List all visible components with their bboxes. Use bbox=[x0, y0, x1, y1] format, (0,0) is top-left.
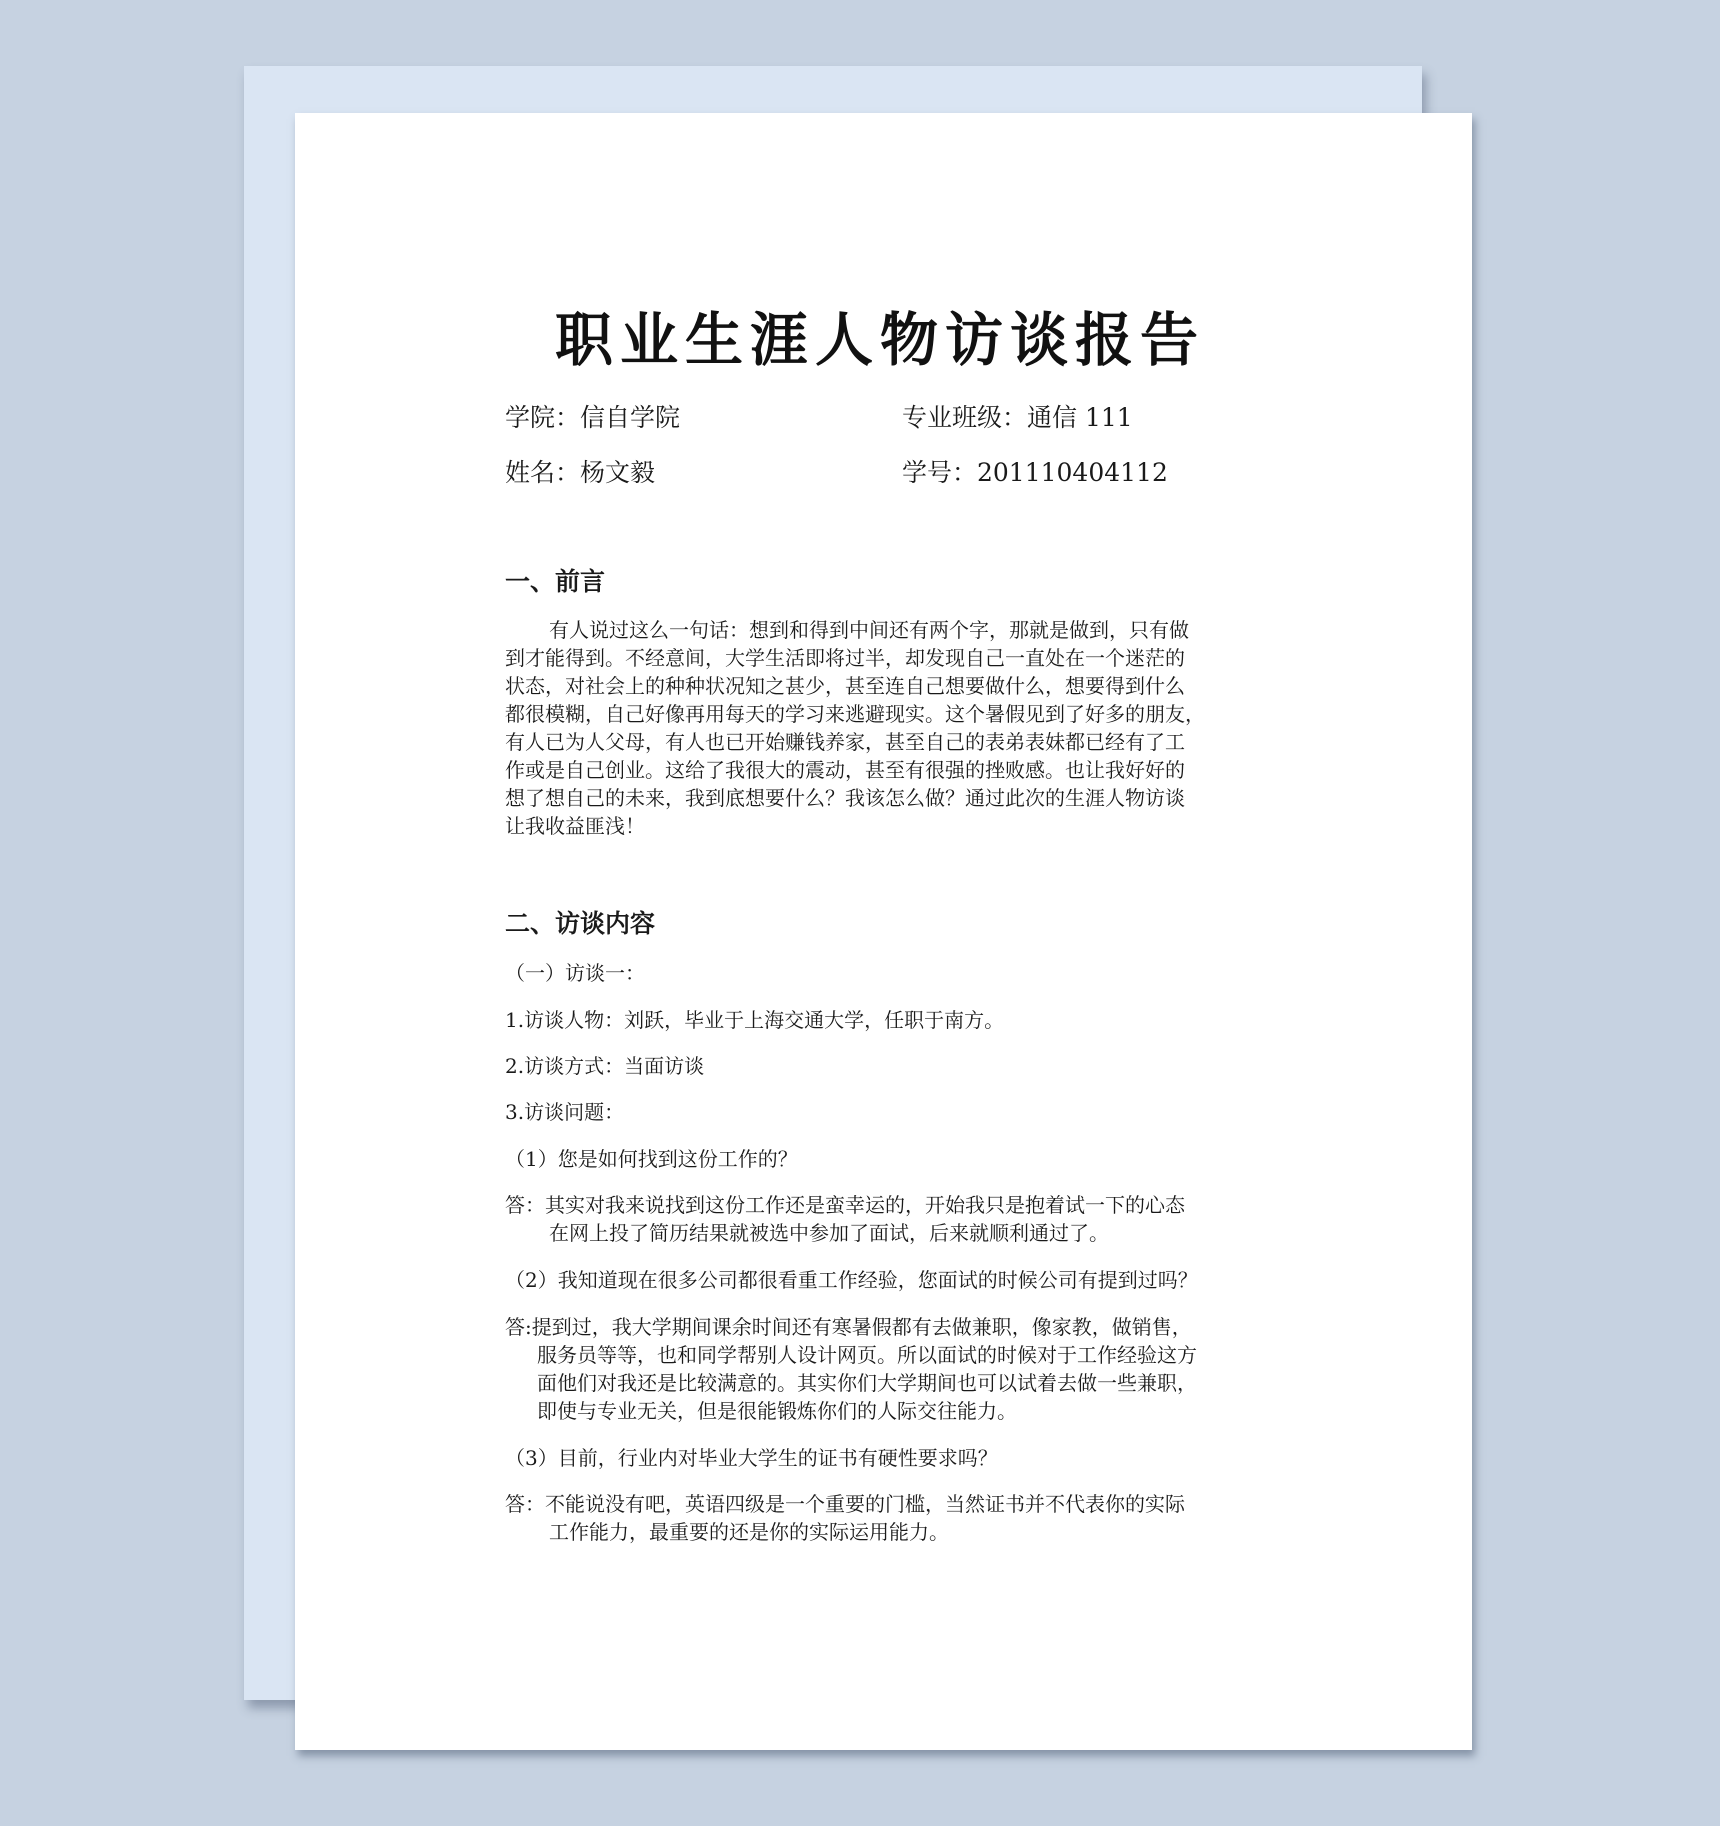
question-3: （3）目前，行业内对毕业大学生的证书有硬性要求吗？ bbox=[505, 1444, 998, 1472]
answer-line: 服务员等等，也和同学帮别人设计网页。所以面试的时候对于工作经验这方 bbox=[505, 1341, 1285, 1369]
answer-line: 答:提到过，我大学期间课余时间还有寒暑假都有去做兼职，像家教，做销售， bbox=[505, 1313, 1285, 1341]
answer-1: 答：其实对我来说找到这份工作还是蛮幸运的，开始我只是抱着试一下的心态 在网上投了… bbox=[505, 1191, 1285, 1247]
preface-line: 作或是自己创业。这给了我很大的震动，甚至有很强的挫败感。也让我好好的 bbox=[505, 756, 1275, 784]
preface-line: 有人已为人父母，有人也已开始赚钱养家，甚至自己的表弟表妹都已经有了工 bbox=[505, 728, 1275, 756]
answer-line: 答：其实对我来说找到这份工作还是蛮幸运的，开始我只是抱着试一下的心态 bbox=[505, 1191, 1285, 1219]
interview-item-method: 2.访谈方式：当面访谈 bbox=[505, 1052, 704, 1080]
answer-line: 在网上投了简历结果就被选中参加了面试，后来就顺利通过了。 bbox=[505, 1219, 1285, 1247]
interview-item-questions: 3.访谈问题： bbox=[505, 1098, 624, 1126]
answer-2: 答:提到过，我大学期间课余时间还有寒暑假都有去做兼职，像家教，做销售， 服务员等… bbox=[505, 1313, 1285, 1425]
preface-line: 有人说过这么一句话：想到和得到中间还有两个字，那就是做到，只有做 bbox=[505, 616, 1275, 644]
name-field: 姓名：杨文毅 bbox=[505, 457, 655, 489]
preface-line: 让我收益匪浅！ bbox=[505, 812, 1275, 840]
interview-heading: 二、访谈内容 bbox=[505, 908, 655, 940]
question-2: （2）我知道现在很多公司都很看重工作经验，您面试的时候公司有提到过吗？ bbox=[505, 1266, 1198, 1294]
preface-heading: 一、前言 bbox=[505, 566, 605, 598]
preface-paragraph: 有人说过这么一句话：想到和得到中间还有两个字，那就是做到，只有做 到才能得到。不… bbox=[505, 616, 1275, 840]
answer-line: 即使与专业无关，但是很能锻炼你们的人际交往能力。 bbox=[505, 1397, 1285, 1425]
answer-line: 面他们对我还是比较满意的。其实你们大学期间也可以试着去做一些兼职， bbox=[505, 1369, 1285, 1397]
answer-line: 答：不能说没有吧，英语四级是一个重要的门槛，当然证书并不代表你的实际 bbox=[505, 1490, 1285, 1518]
answer-3: 答：不能说没有吧，英语四级是一个重要的门槛，当然证书并不代表你的实际 工作能力，… bbox=[505, 1490, 1285, 1546]
answer-line: 工作能力，最重要的还是你的实际运用能力。 bbox=[505, 1518, 1285, 1546]
student-id-field: 学号：201110404112 bbox=[902, 457, 1168, 489]
college-field: 学院：信自学院 bbox=[505, 402, 680, 434]
preface-line: 想了想自己的未来，我到底想要什么？我该怎么做？通过此次的生涯人物访谈 bbox=[505, 784, 1275, 812]
document-title: 职业生涯人物访谈报告 bbox=[555, 305, 1215, 375]
class-field: 专业班级：通信 111 bbox=[902, 402, 1133, 434]
question-1: （1）您是如何找到这份工作的？ bbox=[505, 1145, 798, 1173]
preface-line: 都很模糊，自己好像再用每天的学习来逃避现实。这个暑假见到了好多的朋友， bbox=[505, 700, 1275, 728]
interview-subheading: （一）访谈一： bbox=[505, 959, 645, 987]
preface-line: 到才能得到。不经意间，大学生活即将过半，却发现自己一直处在一个迷茫的 bbox=[505, 644, 1275, 672]
interview-item-person: 1.访谈人物：刘跃，毕业于上海交通大学，任职于南方。 bbox=[505, 1006, 1004, 1034]
preface-line: 状态，对社会上的种种状况知之甚少，甚至连自己想要做什么，想要得到什么 bbox=[505, 672, 1275, 700]
